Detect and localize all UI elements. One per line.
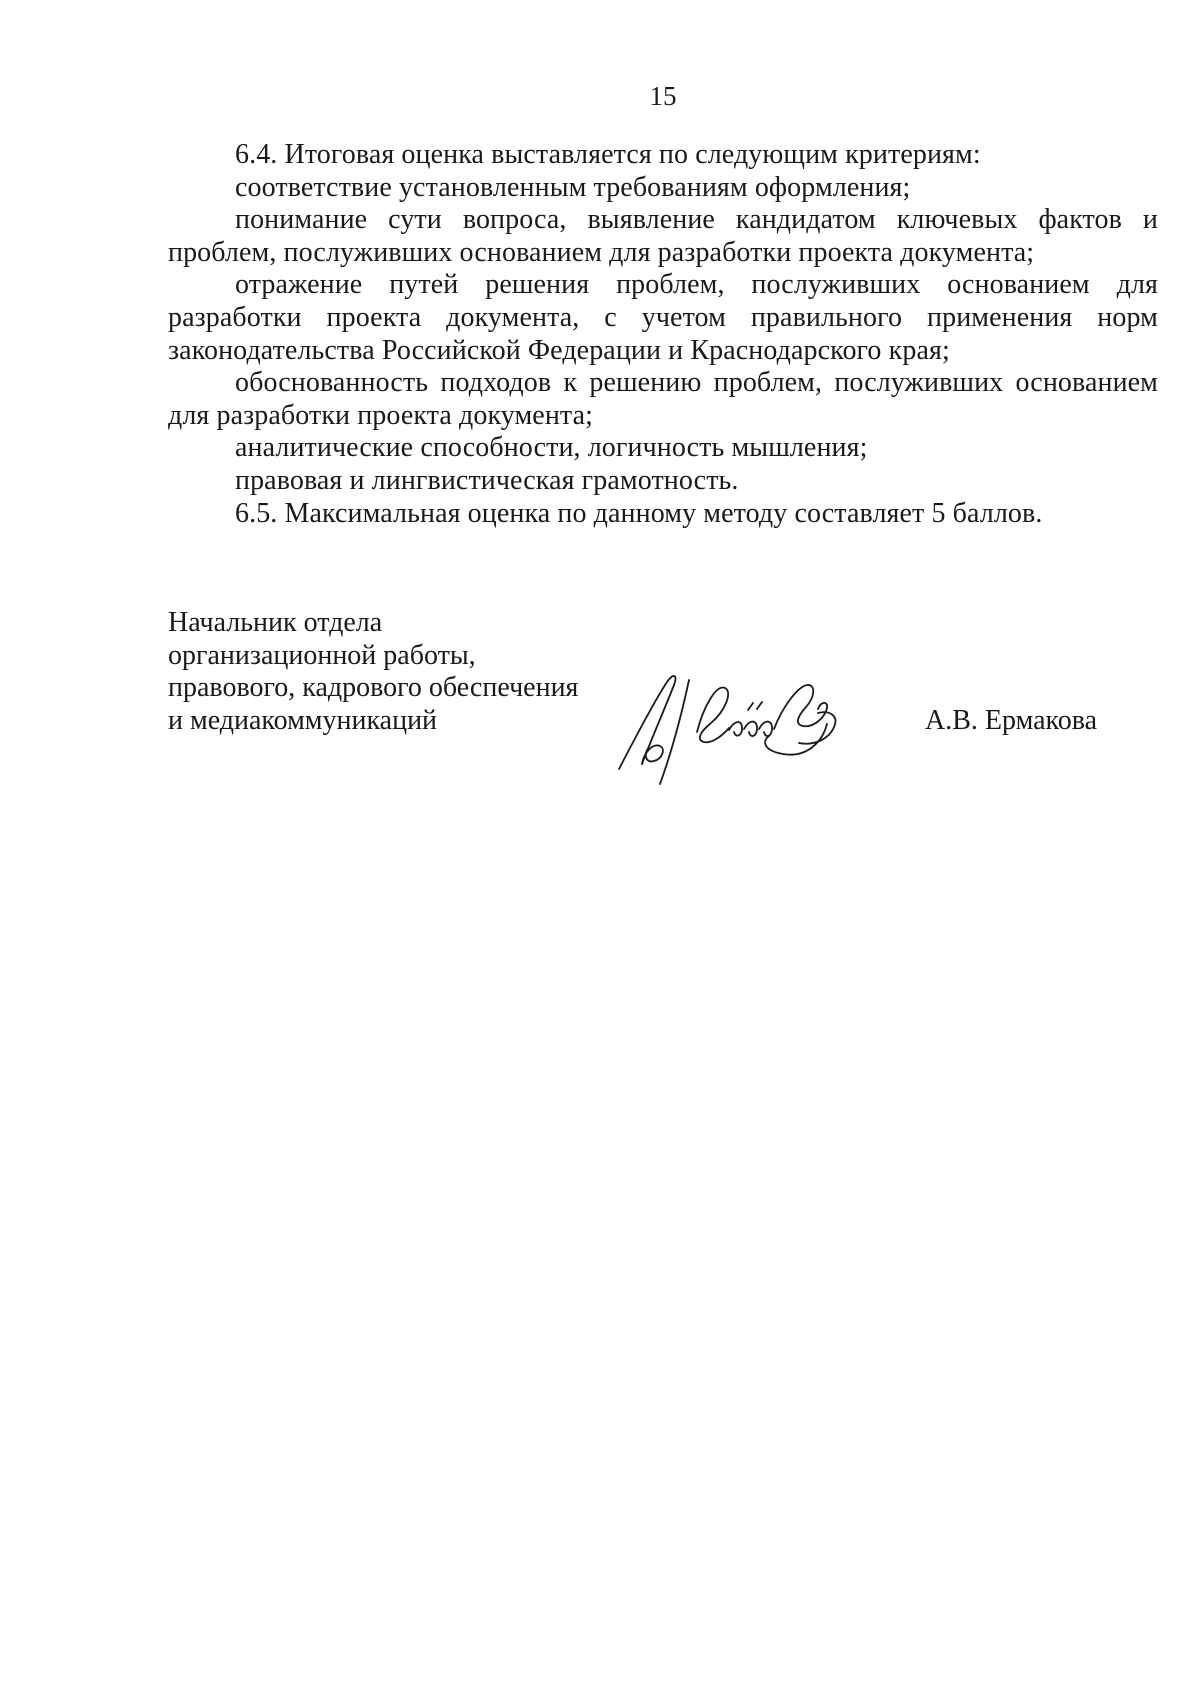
document-body: 6.4. Итоговая оценка выставляется по сле… — [168, 139, 1158, 530]
signatory-title-line: Начальник отдела — [168, 607, 648, 640]
paragraph-criterion-5: аналитические способности, логичность мы… — [168, 432, 1158, 465]
paragraph-criterion-4: обоснованность подходов к решению пробле… — [168, 367, 1158, 432]
paragraph-criterion-6: правовая и лингвистическая грамотность. — [168, 465, 1158, 498]
paragraph-criterion-2: понимание сути вопроса, выявление кандид… — [168, 204, 1158, 269]
paragraph-criterion-1: соответствие установленным требованиям о… — [168, 172, 1158, 205]
paragraph-6-4-intro: 6.4. Итоговая оценка выставляется по сле… — [168, 139, 1158, 172]
page-number: 15 — [168, 82, 1158, 110]
paragraph-criterion-3: отражение путей решения проблем, послужи… — [168, 269, 1158, 367]
signatory-name: А.В. Ермакова — [925, 704, 1097, 737]
paragraph-6-5: 6.5. Максимальная оценка по данному мето… — [168, 498, 1158, 531]
signatory-title: Начальник отдела организационной работы,… — [168, 607, 648, 737]
handwritten-signature-icon — [613, 666, 857, 792]
signatory-title-line: организационной работы, — [168, 640, 648, 673]
signatory-title-line: правового, кадрового обеспечения — [168, 672, 648, 705]
signatory-title-line: и медиакоммуникаций — [168, 705, 648, 738]
document-page: 15 6.4. Итоговая оценка выставляется по … — [0, 0, 1200, 1697]
